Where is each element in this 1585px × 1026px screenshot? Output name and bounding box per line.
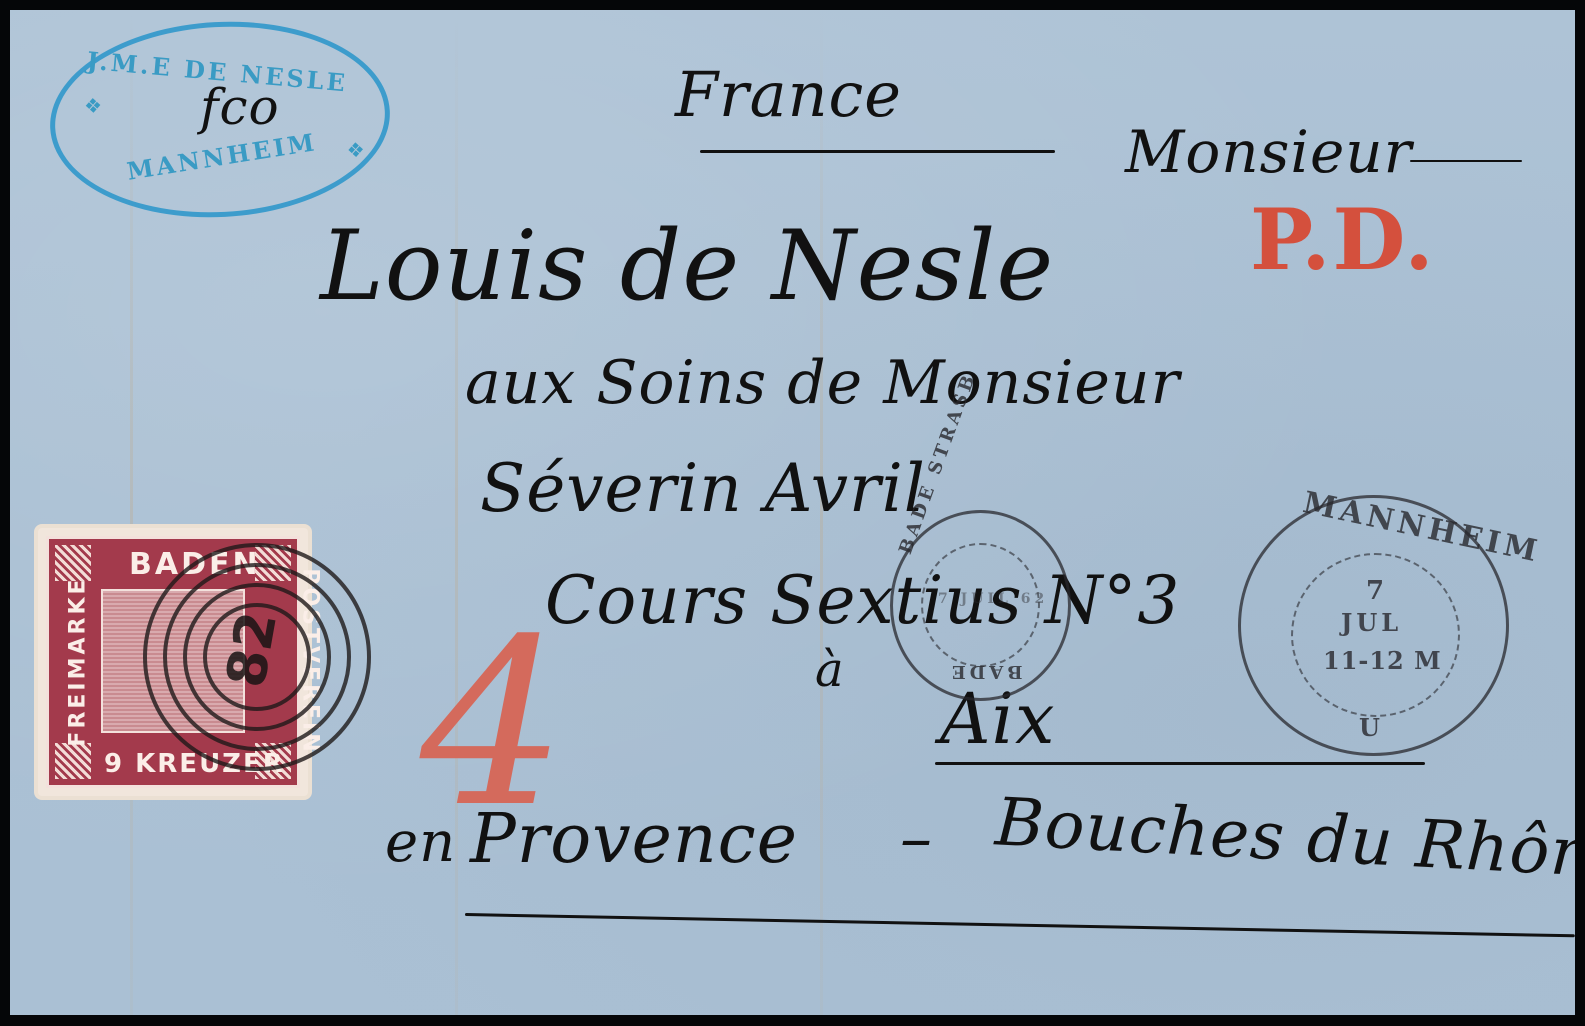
transit-bottom-text: BADE (948, 661, 1023, 682)
postage-stamp: BADEN FREIMARKE POSTVEREIN 9 KREUZER 82 (38, 528, 308, 796)
preposition-text: à (815, 642, 845, 698)
origin-month: JUL (1341, 608, 1402, 637)
postal-cover: J.M.E DE NESLE ❖ ❖ MANNHEIM fco France M… (10, 10, 1575, 1015)
origin-bottom-letter: U (1359, 713, 1384, 742)
addressee-text: Louis de Nesle (320, 210, 1054, 322)
origin-day: 7 (1366, 576, 1388, 606)
care-of-text: aux Soins de Monsieur (465, 348, 1180, 418)
origin-time: 11-12 M (1323, 646, 1442, 675)
transit-date: 7 JUIL 62 (938, 591, 1048, 607)
department-underline (465, 913, 1575, 937)
country-underline (700, 150, 1055, 153)
salutation-underline (1410, 160, 1522, 162)
stamp-corner-ornament (55, 743, 91, 779)
transit-postmark: BADE STRASB BADE 7 JUIL 62 (890, 510, 1071, 701)
pd-handstamp: P.D. (1250, 190, 1436, 289)
red-rate-mark: 4 (420, 610, 566, 840)
salutation-text: Monsieur (1125, 118, 1412, 186)
stamp-left-text: FREIMARKE (66, 576, 91, 746)
origin-postmark: MANNHEIM 7 JUL 11-12 M U (1238, 495, 1509, 756)
country-text: France (675, 58, 902, 131)
city-underline (935, 762, 1425, 765)
street-text: Cours Sextius N°3 (545, 562, 1180, 639)
dash-text: – (900, 802, 933, 876)
cancel-number: 82 (214, 607, 289, 692)
franco-note: fco (200, 78, 280, 136)
origin-town: MANNHEIM (1300, 485, 1544, 570)
department-text: Bouches du Rhône (993, 783, 1575, 893)
cachet-ornament-icon: ❖ (83, 93, 102, 118)
care-of-name: Séverin Avril (480, 450, 926, 527)
